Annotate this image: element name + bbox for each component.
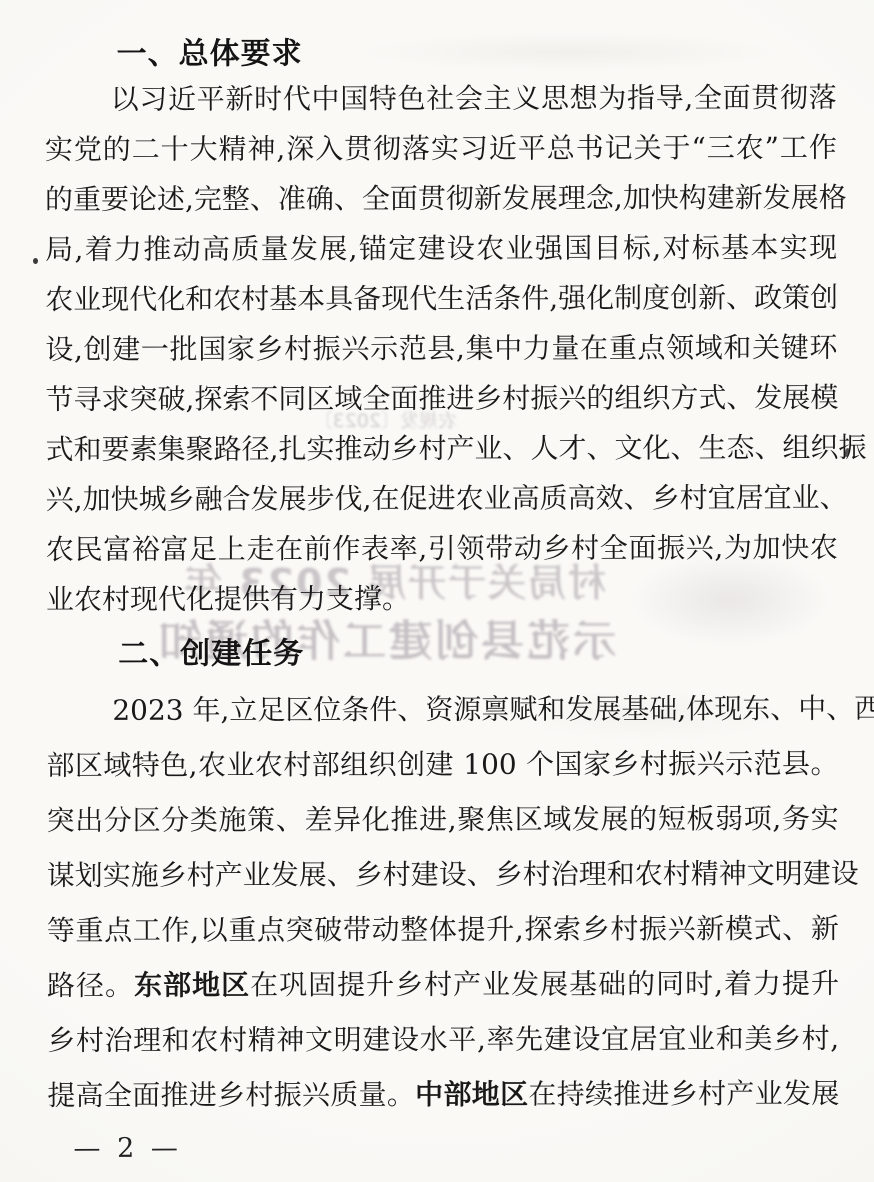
- paragraph-line: 节寻求突破,探索不同区域全面推进乡村振兴的组织方式、发展模: [45, 373, 837, 425]
- paragraph-line: 式和要素集聚路径,扎实推动乡村产业、人才、文化、生态、组织振: [46, 423, 838, 475]
- scanned-document-page: 农规发〔2023〕 村局关于开展 2023 年 示范县创建工作的通知 一、总体要…: [0, 0, 874, 1182]
- paragraph-line: 谋划实施乡村产业发展、乡村建设、乡村治理和农村精神文明建设: [47, 846, 839, 903]
- paragraph-line: 部区域特色,农业农村部组织创建 100 个国家乡村振兴示范县。: [46, 736, 838, 793]
- paragraph-line: 提高全面推进乡村振兴质量。中部地区在持续推进乡村产业发展: [47, 1066, 839, 1123]
- line-text: 在持续推进乡村产业发展: [528, 1077, 839, 1111]
- paragraph-line: 业农村现代化提供有力支撑。: [46, 573, 838, 625]
- paragraph-line: 乡村治理和农村精神文明建设水平,率先建设宜居宜业和美乡村,: [47, 1011, 839, 1068]
- paragraph-line: 局,着力推动高质量发展,锚定建设农业强国目标,对标基本实现: [45, 223, 837, 275]
- paragraph-line: 以习近平新时代中国特色社会主义思想为指导,全面贯彻落: [45, 73, 837, 125]
- emphasis-eastern-region: 东部地区: [134, 968, 250, 1001]
- paragraph-line: 设,创建一批国家乡村振兴示范县,集中力量在重点领域和关键环: [45, 323, 837, 375]
- line-text: 在巩固提升乡村产业发展基础的同时,着力提升: [250, 967, 839, 1002]
- section-1-paragraph: 以习近平新时代中国特色社会主义思想为指导,全面贯彻落 实党的二十大精神,深入贯彻…: [45, 73, 838, 625]
- document-content: 一、总体要求 以习近平新时代中国特色社会主义思想为指导,全面贯彻落 实党的二十大…: [0, 0, 874, 1182]
- section-2-heading: 二、创建任务: [118, 636, 304, 672]
- footer-page-number: — 2 —: [73, 1131, 181, 1167]
- paragraph-line: 兴,加快城乡融合发展步伐,在促进农业高质高效、乡村宜居宜业、: [46, 473, 838, 525]
- paragraph-line: 实党的二十大精神,深入贯彻落实习近平总书记关于“三农”工作: [45, 123, 837, 175]
- section-1-heading: 一、总体要求: [117, 36, 303, 72]
- paragraph-line: 路径。东部地区在巩固提升乡村产业发展基础的同时,着力提升: [47, 956, 839, 1013]
- paragraph-line: 农民富裕富足上走在前作表率,引领带动乡村全面振兴,为加快农: [46, 523, 838, 575]
- paragraph-line: 的重要论述,完整、准确、全面贯彻新发展理念,加快构建新发展格: [45, 173, 837, 225]
- paragraph-line: 农业现代化和农村基本具备现代生活条件,强化制度创新、政策创: [45, 273, 837, 325]
- paragraph-line: 等重点工作,以重点突破带动整体提升,探索乡村振兴新模式、新: [47, 901, 839, 958]
- line-text: 提高全面推进乡村振兴质量。: [47, 1078, 415, 1112]
- line-text: 路径。: [47, 969, 134, 1002]
- paragraph-line: 2023 年,立足区位条件、资源禀赋和发展基础,体现东、中、西: [46, 681, 838, 738]
- emphasis-central-region: 中部地区: [415, 1078, 528, 1111]
- paragraph-line: 突出分区分类施策、差异化推进,聚焦区域发展的短板弱项,务实: [47, 791, 839, 848]
- section-2-paragraph: 2023 年,立足区位条件、资源禀赋和发展基础,体现东、中、西 部区域特色,农业…: [46, 681, 839, 1123]
